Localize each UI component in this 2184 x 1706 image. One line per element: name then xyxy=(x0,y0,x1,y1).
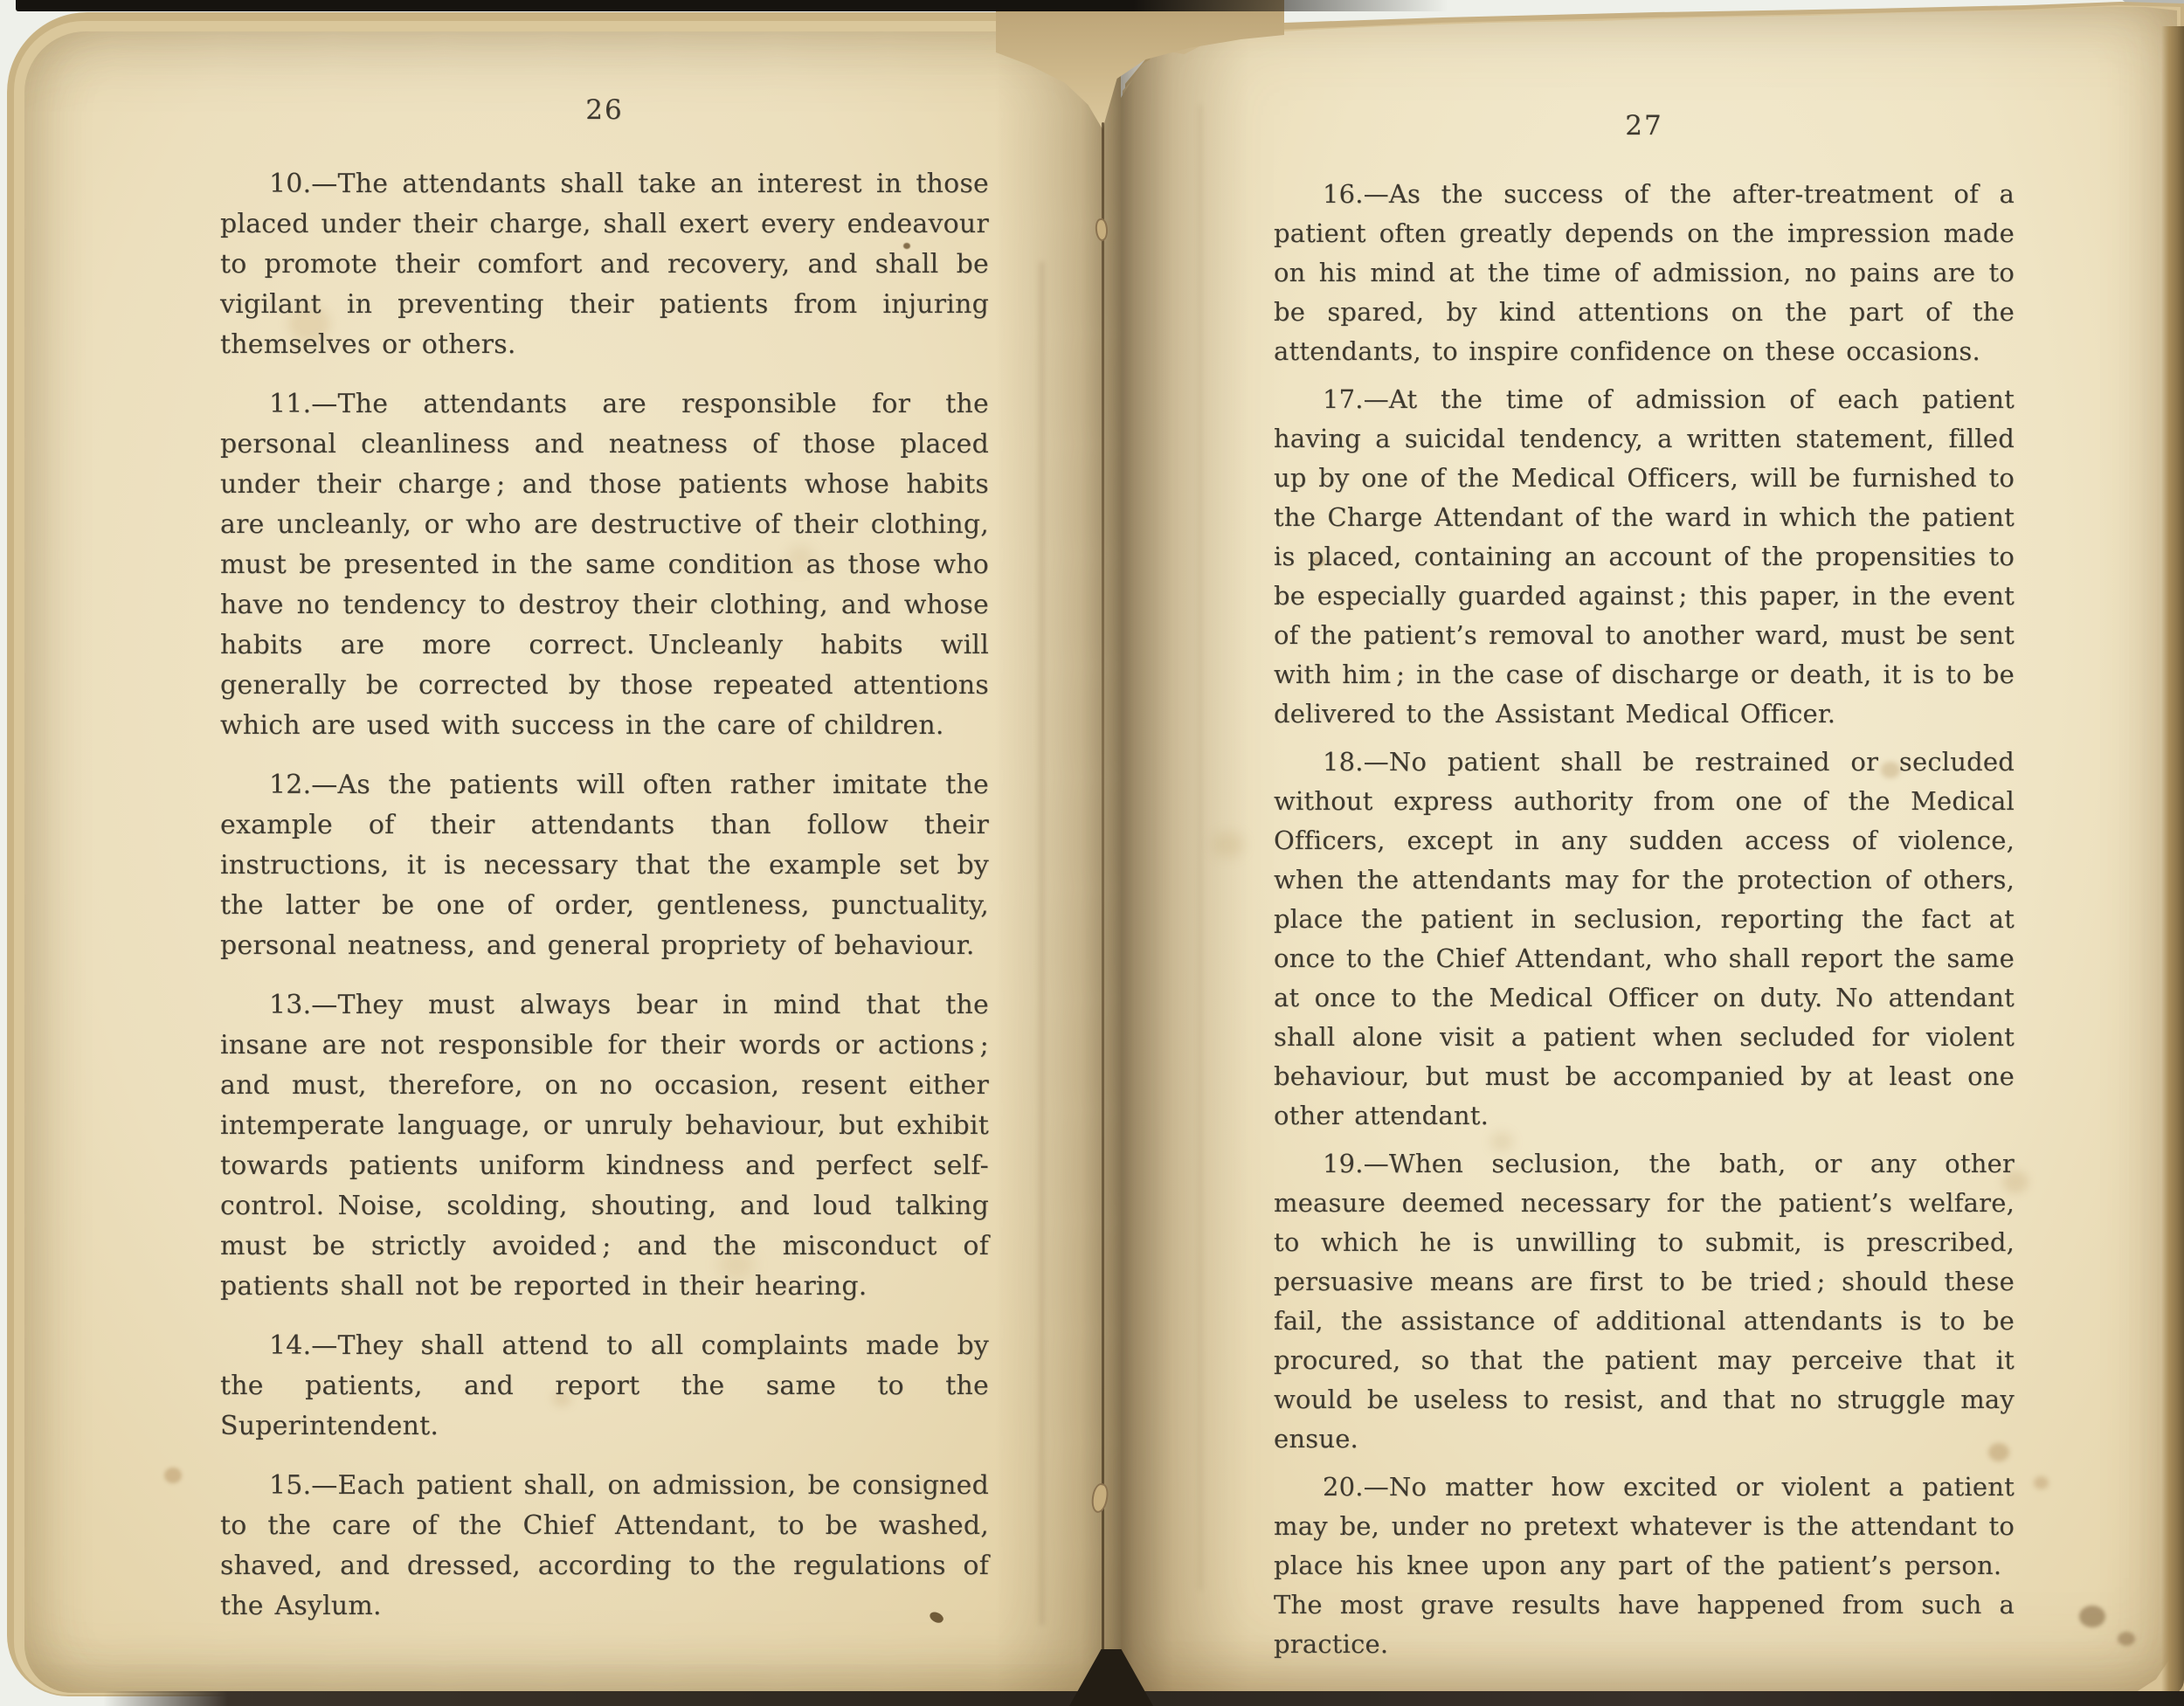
binding-thread xyxy=(1102,122,1104,1668)
paragraph-20: 20.—No matter how excited or violent a p… xyxy=(1274,1468,2015,1664)
paragraph-19: 19.—When seclusion, the bath, or any oth… xyxy=(1274,1144,2015,1459)
scanner-edge-top xyxy=(16,0,1448,11)
paragraph-14: 14.—They shall attend to all complaints … xyxy=(220,1326,989,1447)
paragraph-17: 17.—At the time of admission of each pat… xyxy=(1274,380,2015,734)
paragraph-16: 16.—As the success of the after-treatmen… xyxy=(1274,175,2015,371)
right-page-number: 27 xyxy=(1274,110,2015,142)
paragraph-11: 11.—The attendants are responsible for t… xyxy=(220,384,989,746)
left-page-text-column: 26 10.—The attendants shall take an inte… xyxy=(220,94,989,1627)
paragraph-12: 12.—As the patients will often rather im… xyxy=(220,765,989,966)
right-page-fore-edge xyxy=(2161,26,2184,1696)
right-page-text-column: 27 16.—As the success of the after-treat… xyxy=(1274,110,2015,1664)
paragraph-18: 18.—No patient shall be restrained or se… xyxy=(1274,742,2015,1136)
left-page-number: 26 xyxy=(220,94,989,126)
paragraph-10: 10.—The attendants shall take an interes… xyxy=(220,164,989,365)
paragraph-15: 15.—Each patient shall, on admission, be… xyxy=(220,1466,989,1627)
book-scan: 26 10.—The attendants shall take an inte… xyxy=(0,0,2184,1706)
paragraph-13: 13.—They must always bear in mind that t… xyxy=(220,985,989,1307)
